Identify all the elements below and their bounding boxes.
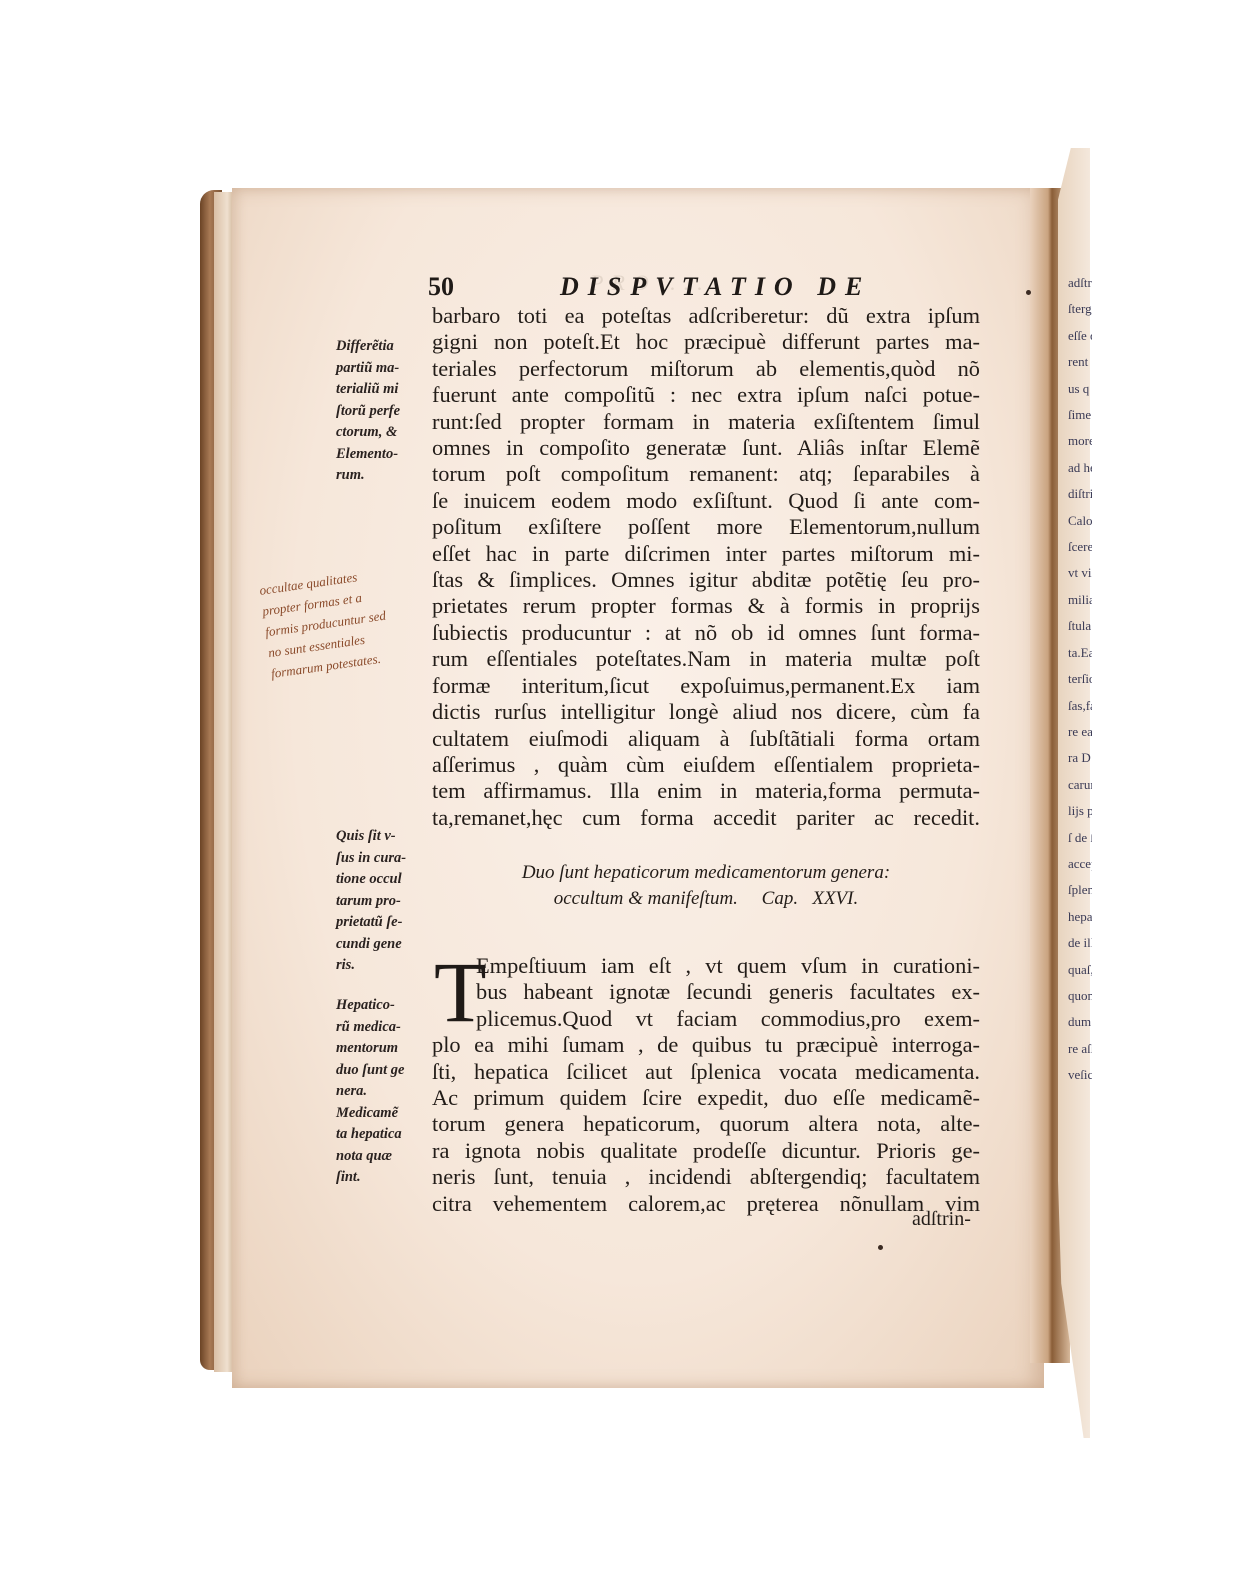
text-line: ſe inuicem eodem modo exſiſtunt. Quod ſi… (432, 488, 980, 514)
text-line: tem affirmamus. Illa enim in materia,for… (432, 778, 980, 804)
text-line: ta hepatica (336, 1124, 434, 1146)
chapter-heading: Duo ſunt hepaticorum medicamentorum gene… (432, 860, 980, 912)
right-page-fragment: ta.Eac (1068, 640, 1092, 666)
text-line: ſubiectis producuntur : at nõ ob id omne… (432, 620, 980, 646)
right-page-fragment: diſtrib (1068, 481, 1092, 507)
margin-note-differentia: Differẽtiapartiũ ma-terialiũ miſtorũ per… (336, 336, 434, 487)
text-line: tione occul (336, 869, 434, 891)
text-line: prietatũ ſe- (336, 912, 434, 934)
text-line: mentorum (336, 1038, 434, 1060)
right-page-fragment: rent (1068, 349, 1092, 375)
text-line: cultatem eiuſmodi aliquam à ſubſtãtiali … (432, 726, 980, 752)
text-line: rum eſſentiales poteſtates.Nam in materi… (432, 646, 980, 672)
right-page-fragment: carum (1068, 772, 1092, 798)
text-line: cundi gene (336, 934, 434, 956)
text-line: aſſerimus , quàm cùm eiuſdem eſſentialem… (432, 752, 980, 778)
text-line: Differẽtia (336, 336, 434, 358)
right-page-fragment: quomod (1068, 983, 1092, 1009)
text-line: neris ſunt, tenuia , incidendi abſtergen… (432, 1164, 980, 1190)
right-page-fragment: terſion (1068, 666, 1092, 692)
text-line: terialiũ mi (336, 379, 434, 401)
text-line: formæ interitum,ſicut expoſuimus,permane… (432, 673, 980, 699)
folio-number: 50 (428, 272, 454, 302)
text-line: torum poſt compoſitum remanent: atq; ſep… (432, 461, 980, 487)
text-line: Quis ſit v- (336, 826, 434, 848)
right-page-fragment: ſas,fa (1068, 693, 1092, 719)
right-page-fragment: re ea (1068, 719, 1092, 745)
right-page-fragment: quaſ,loq (1068, 957, 1092, 983)
text-line: eſſet hac in parte diſcrimen inter parte… (432, 541, 980, 567)
right-page-fragment: Calor (1068, 508, 1092, 534)
text-line: plicemus.Quod vt faciam commodius,pro ex… (432, 1006, 980, 1032)
text-line: ſti, hepatica ſcilicet aut ſplenica voca… (432, 1059, 980, 1085)
right-page-fragment: hepatica (1068, 904, 1092, 930)
text-line: bus habeant ignotæ ſecundi generis facul… (432, 979, 980, 1005)
right-page-fragment: re aſſirm (1068, 1036, 1092, 1062)
right-page-fragment: ſime & (1068, 402, 1092, 428)
text-line: gigni non poteſt.Et hoc præcipuè differu… (432, 329, 980, 355)
text-line: barbaro toti ea poteſtas adſcriberetur: … (432, 303, 980, 329)
margin-note-hepatica: Hepatico-rũ medica-mentorumduo ſunt gene… (336, 995, 434, 1189)
text-line: ſtorũ perfe (336, 401, 434, 423)
text-line: Hepatico- (336, 995, 434, 1017)
text-line: partiũ ma- (336, 358, 434, 380)
text-line: Elemento- (336, 444, 434, 466)
text-line: Empeſtiuum iam eſt , vt quem vſum in cur… (432, 953, 980, 979)
text-line: teriales perfectorum miſtorum ab element… (432, 356, 980, 382)
text-line: omnes in compoſito generatæ ſunt. Aliâs … (432, 435, 980, 461)
right-page-fragment: vt viſc (1068, 560, 1092, 586)
text-line: rũ medica- (336, 1017, 434, 1039)
right-page-fragment: adſtr (1068, 270, 1092, 296)
right-page-text: adſtrſtergeſſe orentus qſime &moresad he… (1068, 270, 1092, 1089)
text-line: duo ſunt ge (336, 1060, 434, 1082)
ink-speck (1026, 290, 1031, 295)
text-line: prietates rerum propter formas & à formi… (432, 593, 980, 619)
text-line: rum. (336, 465, 434, 487)
right-page-fragment: ad he (1068, 455, 1092, 481)
text-line: ta,remanet,hęc cum forma accedit pariter… (432, 805, 980, 831)
right-page-fragment: ſterg (1068, 296, 1092, 322)
text-line: runt:ſed propter formam in materia exſiſ… (432, 409, 980, 435)
text-line: ſint. (336, 1167, 434, 1189)
right-page-fragment: acceptel (1068, 851, 1092, 877)
running-head: DISPVTATIO DE (560, 272, 871, 302)
text-line: poſitum exſiſtere poſſent more Elementor… (432, 514, 980, 540)
right-page-fragment: eſſe o (1068, 323, 1092, 349)
text-line: ſtas & ſimplices. Omnes igitur abditæ po… (432, 567, 980, 593)
ink-speck (878, 1245, 883, 1250)
text-line: ris. (336, 955, 434, 977)
text-line: torum genera hepaticorum, quorum altera … (432, 1111, 980, 1137)
text-line: plo ea mihi ſumam , de quibus tu præcipu… (432, 1032, 980, 1058)
right-page-fragment: ſcere (1068, 534, 1092, 560)
text-line: nota quæ (336, 1146, 434, 1168)
right-page-fragment: veſica (1068, 1062, 1092, 1088)
right-page-fragment: de illis ſo (1068, 930, 1092, 956)
right-page-fragment: lijs part (1068, 798, 1092, 824)
right-page-fragment: ra D (1068, 745, 1092, 771)
right-page-fragment: mores (1068, 428, 1092, 454)
text-line: ra ignota nobis qualitate prodeſſe dicun… (432, 1138, 980, 1164)
body-text-block-2: Empeſtiuum iam eſt , vt quem vſum in cur… (432, 953, 980, 1217)
chapter-heading-line-1: Duo ſunt hepaticorum medicamentorum gene… (432, 860, 980, 886)
text-line: Medicamẽ (336, 1103, 434, 1125)
text-line: nera. (336, 1081, 434, 1103)
right-page-fragment: ſ de ſim (1068, 825, 1092, 851)
chapter-heading-line-2: occultum & manifeſtum. Cap. XXVI. (432, 886, 980, 912)
text-line: dictis rurſus intelligitur longè aliud n… (432, 699, 980, 725)
right-page-fragment: dum eſt. (1068, 1009, 1092, 1035)
text-line: citra vehementem calorem,ac pręterea nõn… (432, 1191, 980, 1217)
text-line: Ac primum quidem ſcire expedit, duo eſſe… (432, 1085, 980, 1111)
right-page-fragment: ſtula (1068, 613, 1092, 639)
right-page-fragment: ſplenica, (1068, 877, 1092, 903)
right-page-fragment: milia (1068, 587, 1092, 613)
text-line: tarum pro- (336, 891, 434, 913)
text-line: ſus in cura- (336, 848, 434, 870)
margin-note-quis-sit-usus: Quis ſit v-ſus in cura-tione occultarum … (336, 826, 434, 977)
catchword: adſtrin- (912, 1208, 971, 1231)
text-line: ctorum, & (336, 422, 434, 444)
body-text-block-1: barbaro toti ea poteſtas adſcriberetur: … (432, 303, 980, 831)
text-line: fuerunt ante compoſitũ : nec extra ipſum… (432, 382, 980, 408)
right-page-fragment: us q (1068, 376, 1092, 402)
